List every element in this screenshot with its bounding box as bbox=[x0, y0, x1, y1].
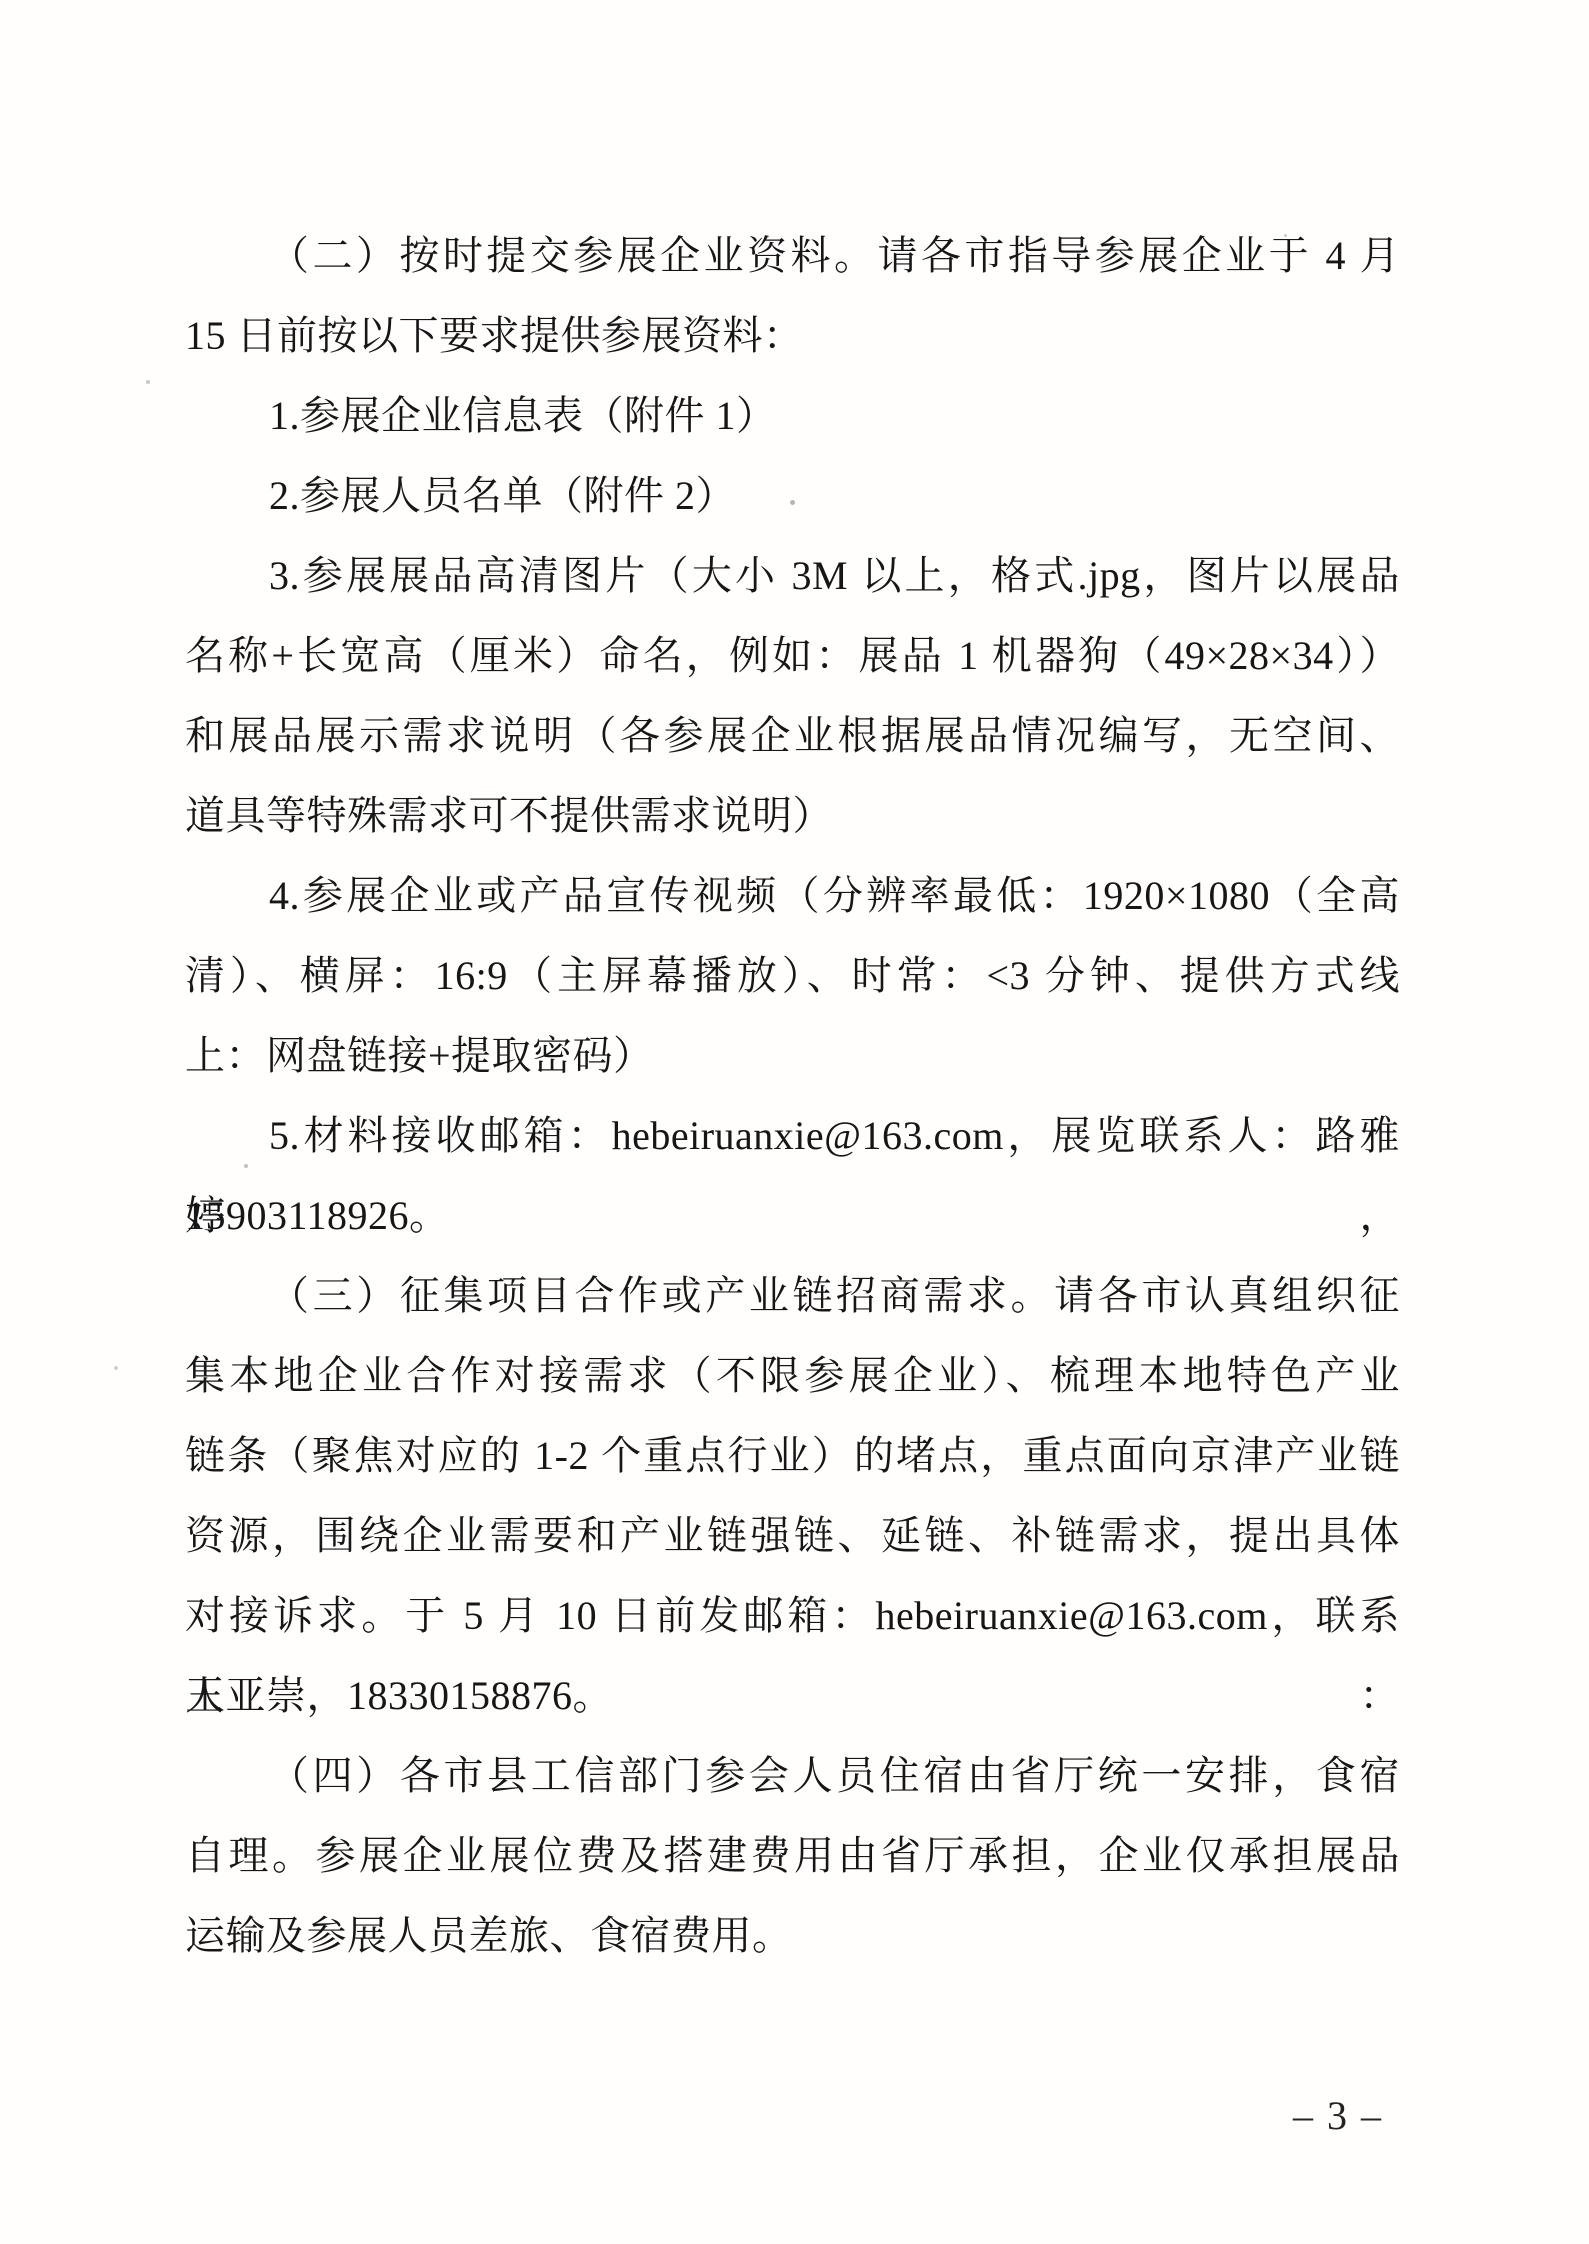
document-line: 1.参展企业信息表（附件 1） bbox=[185, 376, 1400, 456]
document-page: （二）按时提交参展企业资料。请各市指导参展企业于 4 月 15 日前按以下要求提… bbox=[0, 0, 1589, 2244]
document-line: 自理。参展企业展位费及搭建费用由省厅承担，企业仅承担展品 bbox=[185, 1816, 1400, 1896]
document-line: 和展品展示需求说明（各参展企业根据展品情况编写，无空间、 bbox=[185, 696, 1400, 776]
scan-speck bbox=[244, 1164, 248, 1168]
document-line: 4.参展企业或产品宣传视频（分辨率最低：1920×1080（全高 bbox=[185, 856, 1400, 936]
document-line: （三）征集项目合作或产业链招商需求。请各市认真组织征 bbox=[185, 1256, 1400, 1336]
scan-speck bbox=[790, 500, 795, 505]
document-line: 名称+长宽高（厘米）命名，例如：展品 1 机器狗（49×28×34）） bbox=[185, 616, 1400, 696]
document-line: 清）、横屏：16:9（主屏幕播放）、时常：<3 分钟、提供方式线 bbox=[185, 936, 1400, 1016]
page-number: – 3 – bbox=[1293, 2094, 1383, 2138]
document-line: 上：网盘链接+提取密码） bbox=[185, 1016, 1400, 1096]
document-line: 链条（聚焦对应的 1-2 个重点行业）的堵点，重点面向京津产业链 bbox=[185, 1416, 1400, 1496]
scan-speck bbox=[114, 1366, 118, 1370]
document-line: （二）按时提交参展企业资料。请各市指导参展企业于 4 月 bbox=[185, 216, 1400, 296]
document-line: 集本地企业合作对接需求（不限参展企业）、梳理本地特色产业 bbox=[185, 1336, 1400, 1416]
document-line: 2.参展人员名单（附件 2） bbox=[185, 456, 1400, 536]
scan-speck bbox=[146, 380, 150, 384]
document-line: 运输及参展人员差旅、食宿费用。 bbox=[185, 1896, 1400, 1976]
document-line: 5.材料接收邮箱：hebeiruanxie@163.com，展览联系人：路雅婷， bbox=[185, 1096, 1400, 1176]
scan-speck bbox=[1284, 234, 1287, 237]
document-line: 资源，围绕企业需要和产业链强链、延链、补链需求，提出具体 bbox=[185, 1496, 1400, 1576]
document-line: 15 日前按以下要求提供参展资料： bbox=[185, 296, 1400, 376]
document-line: 对接诉求。于 5 月 10 日前发邮箱：hebeiruanxie@163.com… bbox=[185, 1576, 1400, 1656]
document-line: （四）各市县工信部门参会人员住宿由省厅统一安排，食宿 bbox=[185, 1736, 1400, 1816]
document-line: 3.参展展品高清图片（大小 3M 以上，格式.jpg，图片以展品 bbox=[185, 536, 1400, 616]
document-line: 道具等特殊需求可不提供需求说明） bbox=[185, 776, 1400, 856]
document-body-text: （二）按时提交参展企业资料。请各市指导参展企业于 4 月 15 日前按以下要求提… bbox=[185, 216, 1400, 1976]
